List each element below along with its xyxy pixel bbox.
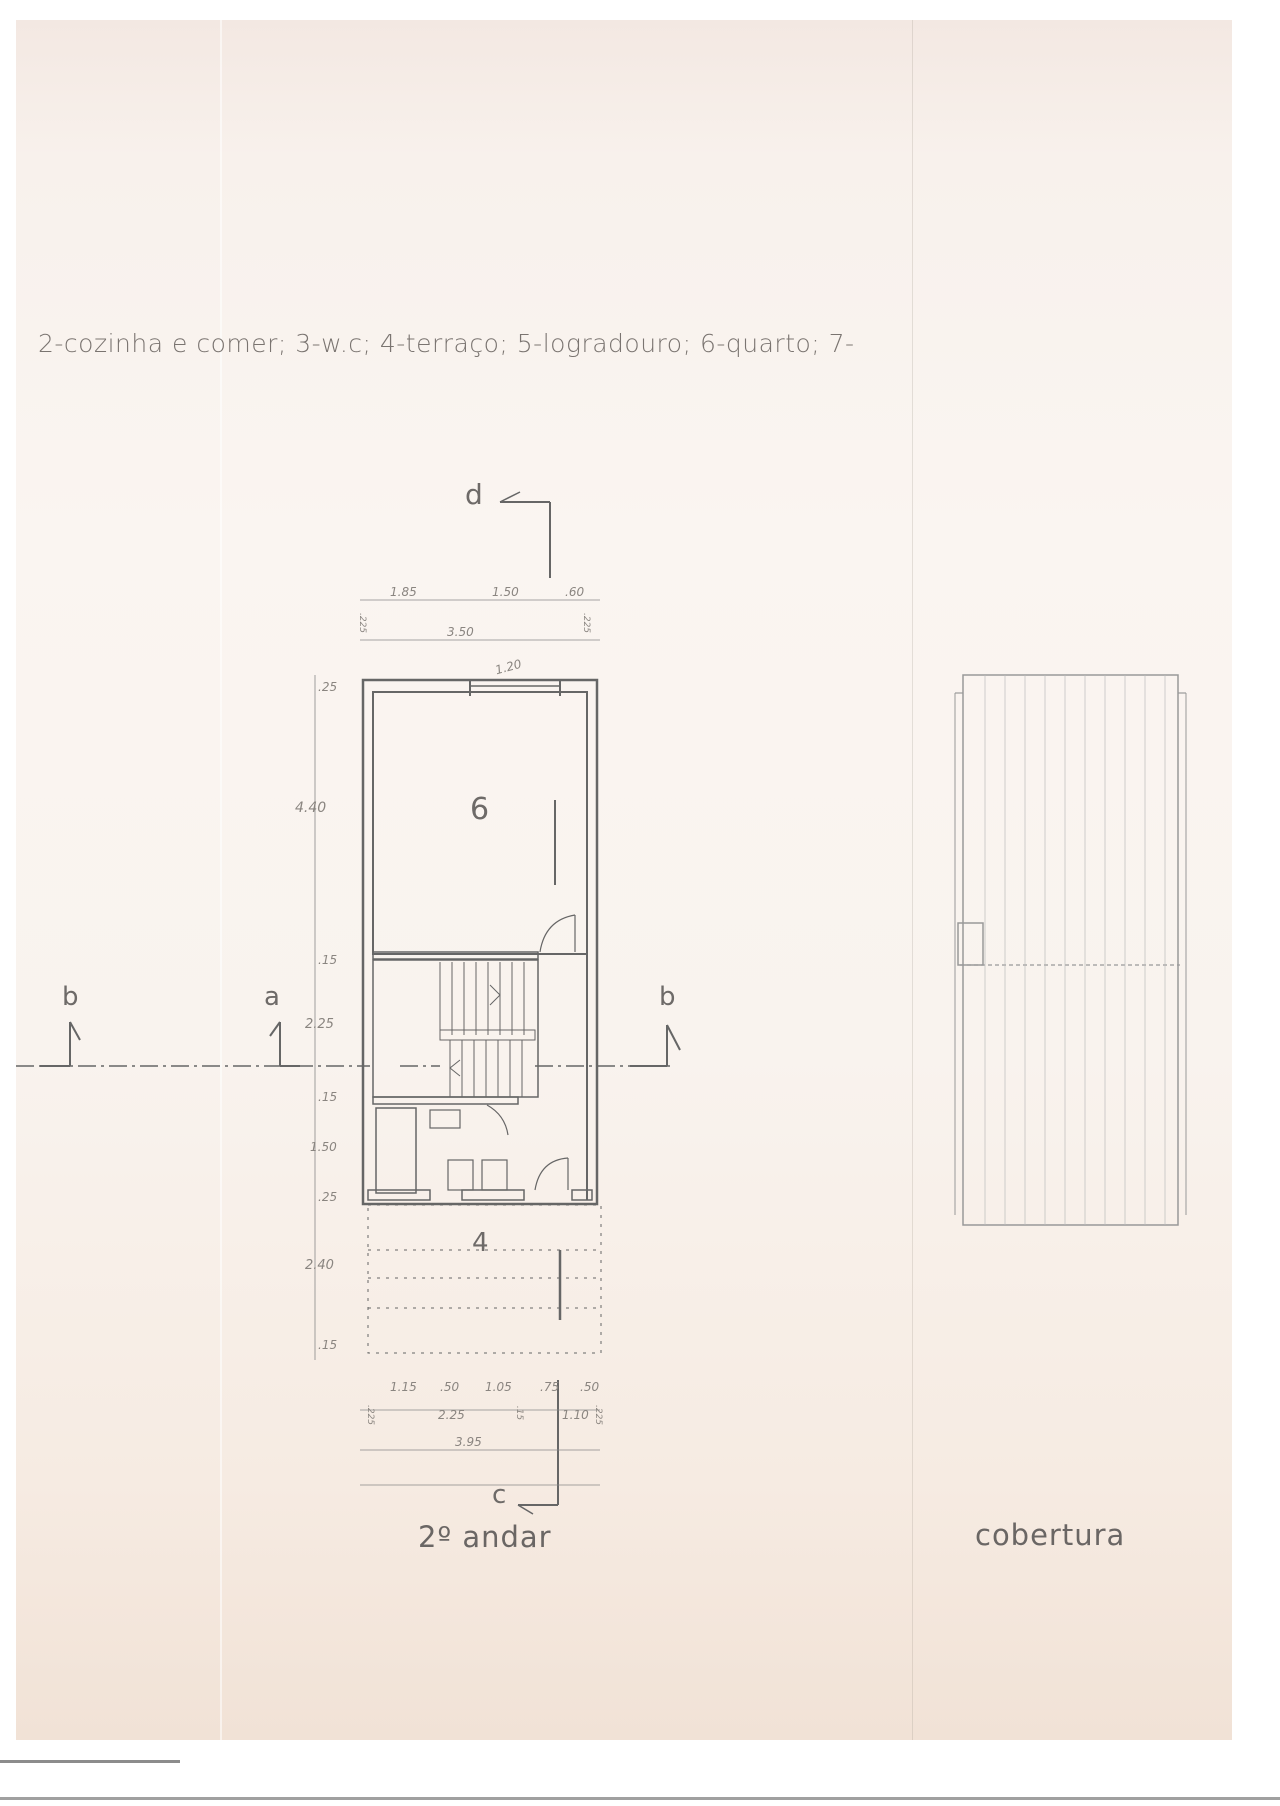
dim-left-room6: 4.40	[295, 800, 326, 816]
roof-plan-drawing	[955, 675, 1186, 1225]
dim-left-wc: 1.50	[310, 1140, 337, 1154]
room-number-6: 6	[470, 792, 489, 827]
dim-top-wall-right: .225	[581, 613, 591, 633]
section-marker-b-left-icon	[40, 1022, 80, 1066]
door-swings	[487, 915, 575, 1190]
stair-treads	[440, 962, 535, 1097]
dim-bottom-seg-right: 1.10	[562, 1408, 589, 1422]
dim-top-seg2: 1.50	[492, 585, 519, 599]
dim-left-wall4: .15	[318, 1338, 337, 1352]
dim-bottom-total: 3.95	[455, 1435, 482, 1449]
dimension-lines	[315, 600, 600, 1485]
dim-bottom-wall-right: .225	[593, 1405, 603, 1425]
dim-top-seg1: 1.85	[390, 585, 417, 599]
dim-bottom-seg4: .75	[540, 1380, 559, 1394]
dim-left-wall3: .25	[318, 1190, 337, 1204]
section-label-c: c	[492, 1480, 506, 1510]
section-label-b-right: b	[659, 982, 676, 1012]
dim-bottom-seg5: .50	[580, 1380, 599, 1394]
scan-edge-line	[0, 1760, 180, 1763]
section-marker-c-icon	[518, 1380, 558, 1514]
section-label-d: d	[465, 478, 483, 511]
dim-bottom-seg2: .50	[440, 1380, 459, 1394]
section-marker-b-right-icon	[630, 1025, 680, 1066]
dim-left-wall1: .15	[318, 953, 337, 967]
dim-top-total: 3.50	[447, 625, 474, 639]
roof-plan-title: cobertura	[975, 1518, 1125, 1552]
dim-left-wall-top: .25	[318, 680, 337, 694]
dim-bottom-seg3: 1.05	[485, 1380, 512, 1394]
dim-bottom-seg1: 1.15	[390, 1380, 417, 1394]
section-marker-d-icon	[500, 492, 550, 578]
section-label-b-left: b	[62, 982, 79, 1012]
page-bottom-rule	[0, 1797, 1280, 1800]
section-marker-a-icon	[270, 1022, 300, 1066]
dim-bottom-subtotal: 2.25	[438, 1408, 465, 1422]
dim-bottom-wall-mid: .15	[514, 1406, 524, 1420]
dim-top-seg3: .60	[565, 585, 584, 599]
dim-left-stairs: 2.25	[305, 1017, 334, 1032]
building-walls	[363, 680, 597, 1204]
dim-top-wall-left: .225	[357, 613, 367, 633]
floor-plan-title: 2º andar	[418, 1520, 552, 1554]
room-number-4: 4	[472, 1228, 489, 1258]
dim-bottom-wall-left: .225	[365, 1405, 375, 1425]
dim-left-wall2: .15	[318, 1090, 337, 1104]
dim-left-terrace: 2.40	[305, 1258, 334, 1273]
section-label-a: a	[264, 982, 280, 1012]
